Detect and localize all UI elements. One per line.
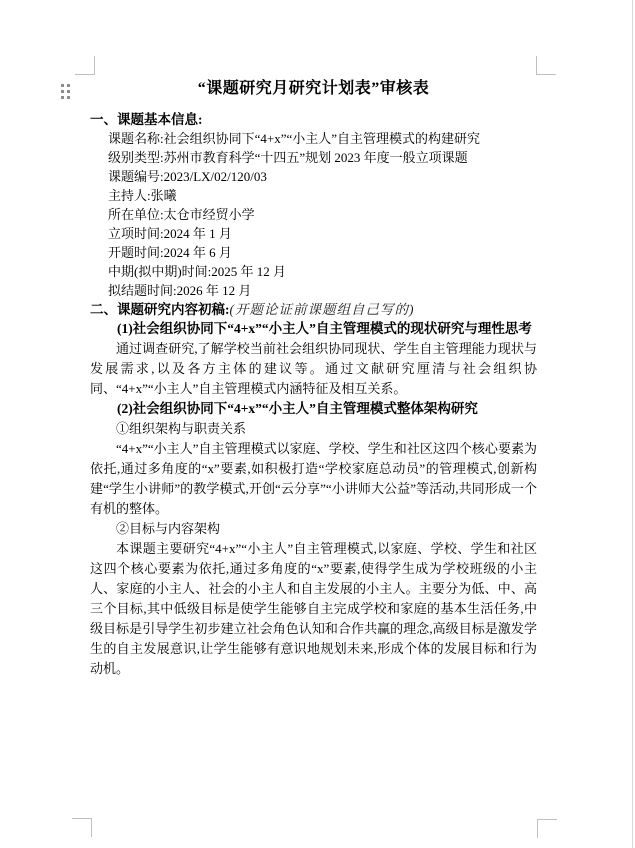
info-line-opening-time: 开题时间:2024 年 6 月 — [90, 243, 537, 262]
info-line-approval-time: 立项时间:2024 年 1 月 — [90, 224, 537, 243]
research-paragraph-1: 通过调查研究,了解学校当前社会组织协同现状、学生自主管理能力现状与发展需求,以及… — [90, 339, 537, 399]
info-line-project-number: 课题编号:2023/LX/02/120/03 — [90, 167, 537, 186]
info-line-level-type: 级别类型:苏州市教育科学“十四五”规划 2023 年度一般立项课题 — [90, 148, 537, 167]
crop-mark-bottom-right-icon — [537, 819, 557, 838]
research-subitem-1: ①组织架构与职责关系 — [90, 419, 537, 439]
info-line-midterm-time: 中期(拟中期)时间:2025 年 12 月 — [90, 262, 537, 281]
research-subheading-2: (2)社会组织协同下“4+x”“小主人”自主管理模式整体架构研究 — [90, 399, 537, 419]
research-subitem-2: ②目标与内容架构 — [90, 519, 537, 539]
info-line-closing-time: 拟结题时间:2026 年 12 月 — [90, 281, 537, 300]
crop-mark-top-left-icon — [75, 56, 95, 75]
section-research-heading-note: (开题论证前课题组自己写的) — [230, 302, 415, 317]
section-research-heading-label: 二、课题研究内容初稿: — [90, 302, 230, 317]
info-line-project-name: 课题名称:社会组织协同下“4+x”“小主人”自主管理模式的构建研究 — [90, 129, 537, 148]
section-research-heading: 二、课题研究内容初稿:(开题论证前课题组自己写的) — [90, 300, 537, 319]
drag-handle-icon[interactable] — [61, 84, 70, 99]
document-page: “课题研究月研究计划表”审核表 一、课题基本信息: 课题名称:社会组织协同下“4… — [0, 0, 635, 848]
research-subheading-1: (1)社会组织协同下“4+x”“小主人”自主管理模式的现状研究与理性思考 — [90, 319, 537, 339]
crop-mark-bottom-left-icon — [72, 818, 92, 837]
crop-mark-top-right-icon — [536, 56, 556, 75]
research-paragraph-3: 本课题主要研究“4+x”“小主人”自主管理模式,以家庭、学校、学生和社区这四个核… — [90, 539, 537, 679]
document-content: “课题研究月研究计划表”审核表 一、课题基本信息: 课题名称:社会组织协同下“4… — [90, 78, 537, 679]
research-paragraph-2: “4+x”“小主人”自主管理模式以家庭、学校、学生和社区这四个核心要素为依托,通… — [90, 439, 537, 519]
info-line-work-unit: 所在单位:太仓市经贸小学 — [90, 205, 537, 224]
info-line-host: 主持人:张曦 — [90, 186, 537, 205]
window-edge-divider — [632, 0, 633, 848]
page-title: “课题研究月研究计划表”审核表 — [90, 78, 537, 100]
section-basic-info-heading: 一、课题基本信息: — [90, 110, 537, 129]
